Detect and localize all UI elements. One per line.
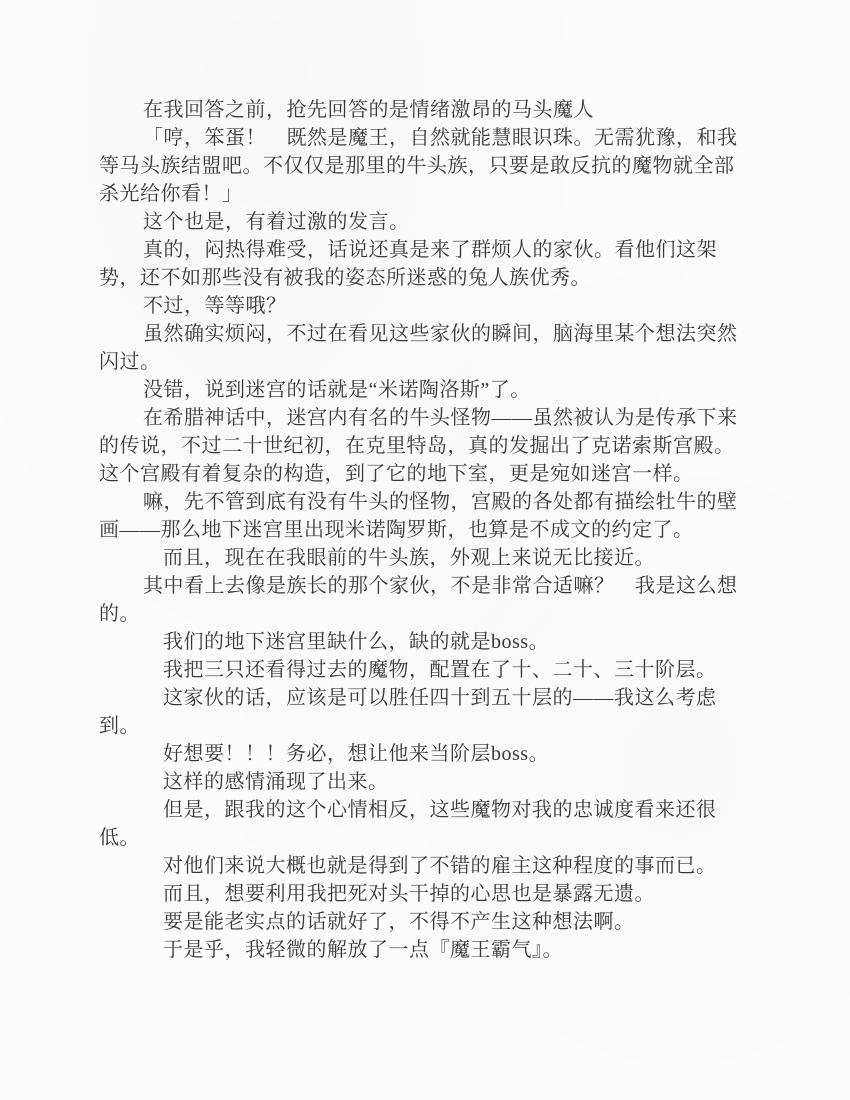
paragraph: 我们的地下迷宫里缺什么，缺的就是boss。: [99, 628, 744, 656]
paragraph: 在希腊神话中，迷宫内有名的牛头怪物——虽然被认为是传承下来的传说，不过二十世纪初…: [99, 404, 744, 488]
paragraph: 要是能老实点的话就好了，不得不产生这种想法啊。: [99, 908, 744, 936]
paragraph: 于是乎，我轻微的解放了一点『魔王霸气』。: [99, 936, 744, 964]
paragraph: 对他们来说大概也就是得到了不错的雇主这种程度的事而已。: [99, 852, 744, 880]
novel-page: 在我回答之前，抢先回答的是情绪激昂的马头魔人「哼，笨蛋！ 既然是魔王，自然就能慧…: [0, 0, 850, 1100]
paragraph: 「哼，笨蛋！ 既然是魔王，自然就能慧眼识珠。无需犹豫，和我等马头族结盟吧。不仅仅…: [99, 124, 744, 208]
paragraph: 这个也是，有着过激的发言。: [99, 208, 744, 236]
text-column: 在我回答之前，抢先回答的是情绪激昂的马头魔人「哼，笨蛋！ 既然是魔王，自然就能慧…: [99, 96, 744, 964]
paragraph: 没错，说到迷宫的话就是“米诺陶洛斯”了。: [99, 376, 744, 404]
paragraph: 好想要！！！务必，想让他来当阶层boss。: [99, 740, 744, 768]
paragraph: 虽然确实烦闷，不过在看见这些家伙的瞬间，脑海里某个想法突然闪过。: [99, 320, 744, 376]
paragraph: 我把三只还看得过去的魔物，配置在了十、二十、三十阶层。: [99, 656, 744, 684]
paragraph: 在我回答之前，抢先回答的是情绪激昂的马头魔人: [99, 96, 744, 124]
paragraph: 这家伙的话，应该是可以胜任四十到五十层的——我这么考虑到。: [99, 684, 744, 740]
paragraph: 但是，跟我的这个心情相反，这些魔物对我的忠诚度看来还很低。: [99, 796, 744, 852]
paragraph: 真的，闷热得难受，话说还真是来了群烦人的家伙。看他们这架势，还不如那些没有被我的…: [99, 236, 744, 292]
paragraph: 而且，现在在我眼前的牛头族，外观上来说无比接近。: [99, 544, 744, 572]
paragraph: 嘛，先不管到底有没有牛头的怪物，宫殿的各处都有描绘牡牛的壁画——那么地下迷宫里出…: [99, 488, 744, 544]
paragraph: 这样的感情涌现了出来。: [99, 768, 744, 796]
paragraph: 而且，想要利用我把死对头干掉的心思也是暴露无遗。: [99, 880, 744, 908]
paragraph: 其中看上去像是族长的那个家伙，不是非常合适嘛？ 我是这么想的。: [99, 572, 744, 628]
paragraph: 不过，等等哦？: [99, 292, 744, 320]
